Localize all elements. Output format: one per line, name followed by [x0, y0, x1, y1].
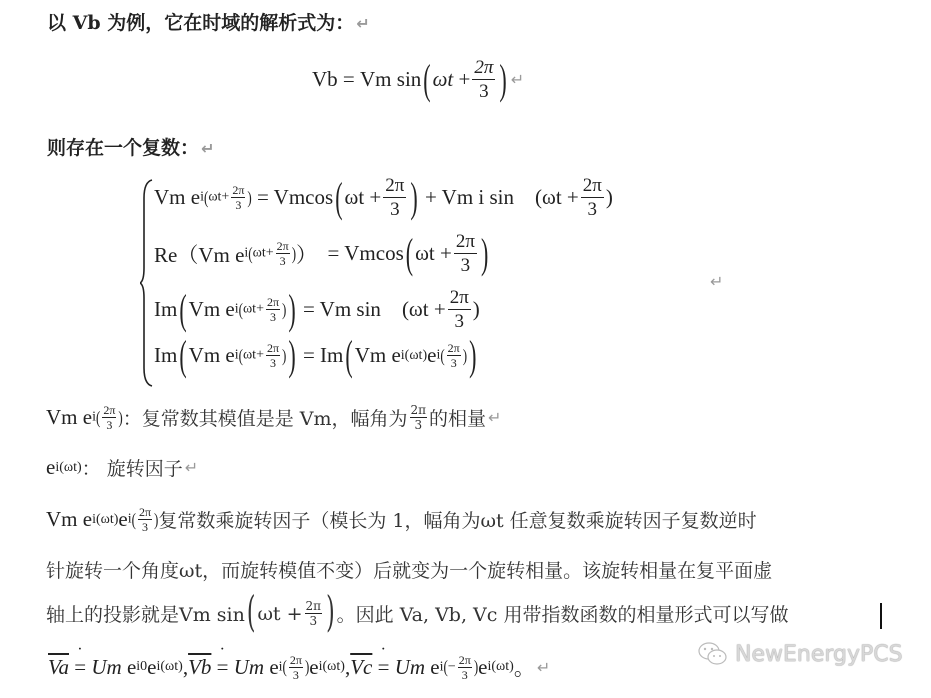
frac-num: 2π	[383, 176, 406, 198]
fraction: 2π3	[305, 600, 323, 627]
return-mark: ↵	[488, 408, 501, 427]
eq-arg: ωt	[433, 67, 454, 92]
fraction: 2π3	[383, 176, 406, 219]
system-row-2: Re（Vm ei(ωt+2π3)） = Vmcos (ωt + 2π3)	[154, 232, 490, 275]
para-arg: ωt +	[257, 603, 302, 625]
frac-den: 3	[390, 198, 400, 219]
row-arg: ωt +	[415, 241, 452, 266]
paragraph-line-1: Vm ei(ωt)ei(2π3) 复常数乘旋转因子（模长为 1，幅角为ωt 任意…	[46, 506, 757, 533]
exponent: i(ωt+2π3)	[200, 184, 252, 211]
row-arg: ωt +	[345, 185, 382, 210]
exponent: i(2π3)	[436, 342, 467, 369]
row-lhs: Im	[154, 343, 177, 368]
paren-open: (	[406, 229, 413, 278]
return-mark: ↵	[511, 70, 524, 89]
para-post: 。因此 Va, Vb, Vc 用带指数函数的相量形式可以写做	[337, 600, 789, 627]
row-eq: = Im	[303, 343, 343, 368]
um: Um	[91, 655, 121, 680]
def-math: e	[46, 455, 55, 480]
watermark: NewEnergyPCS	[697, 640, 903, 668]
e: e	[430, 655, 439, 680]
row-arg: (ωt +	[402, 297, 446, 322]
row-lhs: Vm e	[154, 185, 200, 210]
row-close-lhs: ）	[296, 239, 317, 269]
frac-num: 2π	[305, 600, 323, 614]
eq-sign: =	[343, 67, 355, 92]
system-row-1: Vm ei(ωt+2π3) = Vmcos (ωt + 2π3) + Vm i …	[154, 176, 613, 219]
exponent: i(ωt+2π3)	[235, 296, 287, 323]
paren-close: )	[288, 285, 295, 334]
paren-close: )	[410, 173, 417, 222]
fraction: 2π3	[454, 232, 477, 275]
row-rhs-inner: Vm e	[355, 343, 401, 368]
row-rhs-e2: e	[427, 343, 436, 368]
row-lhs: Im	[154, 297, 177, 322]
phasor-vc: Vc	[350, 655, 372, 680]
exponent: i(−2π3)	[440, 654, 479, 681]
heading-text: 则存在一个复数：	[47, 137, 199, 159]
paren-close: )	[288, 331, 295, 380]
eq-func: Vm sin	[360, 67, 421, 92]
paren-open: (	[423, 55, 430, 104]
equation-vb: Vb = Vm sin ( ωt + 2π3 )↵	[312, 58, 524, 101]
eq-sign: =	[217, 655, 229, 680]
eq-sign: =	[74, 655, 86, 680]
fraction: 2π3	[472, 58, 495, 101]
row-inner: Vm e	[189, 297, 235, 322]
row-lhs: Re（Vm e	[154, 239, 244, 269]
frac-num: 2π	[448, 288, 471, 310]
paragraph-line-2: 针旋转一个角度ωt，而旋转模值不变）后就变为一个旋转相量。该旋转相量在复平面虚	[46, 556, 772, 583]
eq-lhs: Vb	[312, 67, 338, 92]
para-e2: e	[118, 507, 127, 532]
row-close: )	[473, 297, 480, 322]
heading-text: 以 Vb 为例，它在时域的解析式为：	[47, 12, 354, 34]
e: e	[127, 655, 136, 680]
left-brace	[140, 178, 154, 388]
row-close: )	[606, 185, 613, 210]
e: e	[269, 655, 278, 680]
frac-den: 3	[309, 614, 317, 627]
paren-close: )	[469, 331, 476, 380]
row-arg2: (ωt +	[535, 185, 579, 210]
return-mark: ↵	[185, 458, 198, 477]
row-mid: + Vm i sin	[425, 185, 514, 210]
return-mark: ↵	[201, 139, 214, 158]
frac-den: 3	[454, 310, 464, 331]
fraction: 2π3	[581, 176, 604, 219]
row-eq: = Vmcos	[328, 241, 404, 266]
para-pre: 轴上的投影就是Vm sin	[46, 600, 245, 627]
e: e	[478, 655, 487, 680]
phasor-va: Va	[48, 655, 69, 680]
plus: +	[459, 67, 471, 92]
paren-open: (	[179, 331, 186, 380]
phasor-vb: Vb	[188, 655, 211, 680]
return-mark: ↵	[356, 14, 369, 33]
heading-time-domain: 以 Vb 为例，它在时域的解析式为：↵	[47, 8, 370, 35]
frac-num: 2π	[410, 404, 428, 418]
para-math: Vm e	[46, 507, 92, 532]
exponent: i(ωt+2π3)	[244, 240, 296, 267]
watermark-text: NewEnergyPCS	[735, 642, 903, 667]
def-tail: 的相量	[429, 404, 486, 431]
frac-den: 3	[479, 80, 489, 101]
um: Um	[395, 655, 425, 680]
frac-num: 2π	[454, 232, 477, 254]
paren-open: (	[247, 590, 256, 638]
def-text: ： 旋转因子	[82, 454, 183, 481]
eq-sign: =	[378, 655, 390, 680]
paren-close: )	[481, 229, 488, 278]
phasor-equations: Va = Um ei0ei(ωt), Vb = Um ei(2π3)ei(ωt)…	[48, 652, 550, 682]
row-eq: = Vm sin	[303, 297, 381, 322]
paren-open: (	[335, 173, 342, 222]
text-cursor	[880, 603, 882, 629]
frac-num: 2π	[581, 176, 604, 198]
heading-complex-number: 则存在一个复数：↵	[47, 133, 214, 160]
para-text: 针旋转一个角度ωt，而旋转模值不变）后就变为一个旋转相量。该旋转相量在复平面虚	[46, 560, 772, 582]
exponent: i(2π3)	[92, 404, 123, 431]
row-inner: Vm e	[189, 343, 235, 368]
paren-open: (	[179, 285, 186, 334]
paren-close: )	[499, 55, 506, 104]
paren-open: (	[345, 331, 352, 380]
frac-den: 3	[414, 418, 422, 431]
frac-num: 2π	[472, 58, 495, 80]
para-text: 复常数乘旋转因子（模长为 1，幅角为ωt 任意复数乘旋转因子复数逆时	[158, 506, 756, 533]
row-eq: = Vmcos	[257, 185, 333, 210]
definition-rotation-factor: ei(ωt) ： 旋转因子↵	[46, 454, 198, 481]
exponent: i(2π3)	[279, 654, 310, 681]
paren-close: )	[326, 590, 335, 638]
return-mark: ↵	[537, 658, 550, 677]
e: e	[309, 655, 318, 680]
e: e	[147, 655, 156, 680]
frac-den: 3	[461, 254, 471, 275]
def-text: ：复常数其模值是是 Vm，幅角为	[123, 404, 408, 431]
exponent: i(ωt+2π3)	[235, 342, 287, 369]
fraction: 2π3	[448, 288, 471, 331]
period: 。	[514, 652, 535, 682]
fraction: 2π3	[410, 404, 428, 431]
paragraph-line-3: 轴上的投影就是Vm sin (ωt + 2π3) 。因此 Va, Vb, Vc …	[46, 600, 788, 627]
exponent: i(2π3)	[128, 506, 159, 533]
frac-den: 3	[588, 198, 598, 219]
def-math: Vm e	[46, 405, 92, 430]
system-row-4: Im(Vm ei(ωt+2π3)) = Im (Vm ei(ωt)ei(2π3)…	[154, 342, 478, 369]
system-row-3: Im(Vm ei(ωt+2π3)) = Vm sin (ωt + 2π3)	[154, 288, 480, 331]
um: Um	[234, 655, 264, 680]
definition-complex-constant: Vm ei(2π3) ：复常数其模值是是 Vm，幅角为 2π3 的相量↵	[46, 404, 501, 431]
return-mark: ↵	[710, 272, 723, 291]
wechat-icon	[697, 640, 729, 668]
